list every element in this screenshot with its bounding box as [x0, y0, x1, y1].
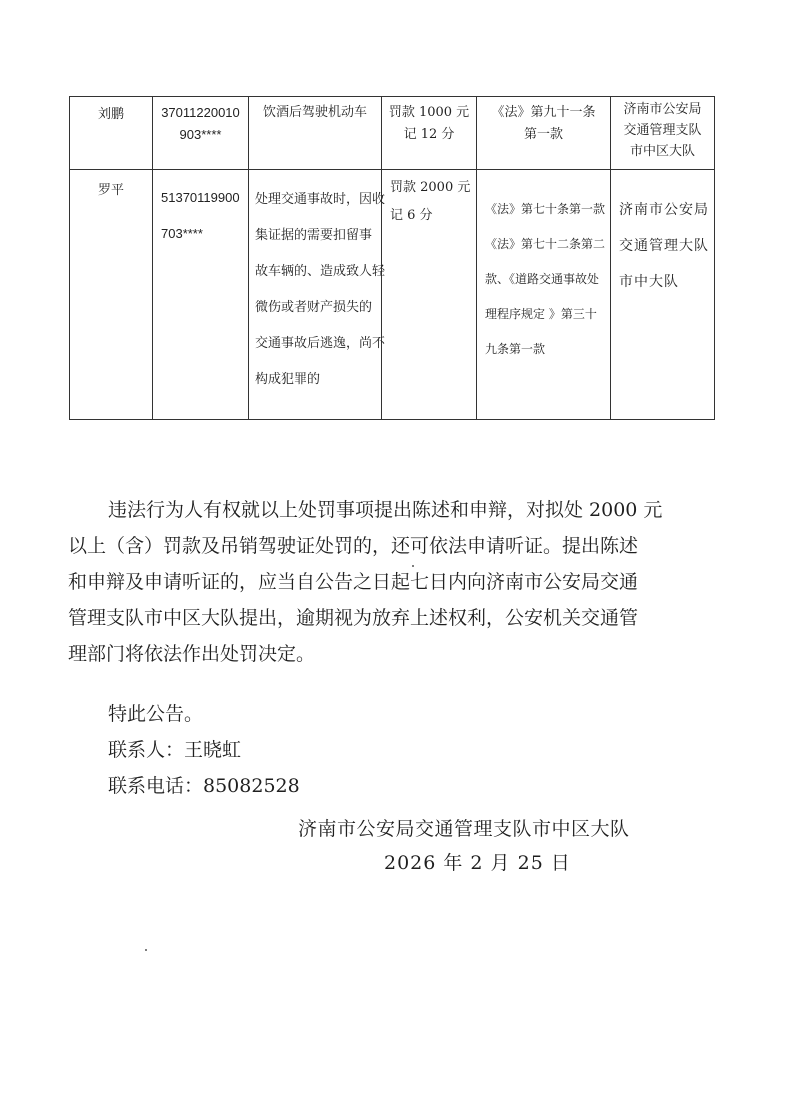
- offender-name: 罗平: [98, 183, 124, 198]
- paragraph-line: 管理支队市中区大队提出，逾期视为放弃上述权利，公安机关交通管: [68, 600, 728, 636]
- table-row: 罗平 51370119900 703**** 处理交通事故时，因收 集证据的需要…: [70, 170, 715, 420]
- legal-basis-cell: 《法》第七十条第一款 《法》第七十二条第二 款、《道路交通事故处 理程序规定 》…: [477, 170, 611, 420]
- id-number-line: 703****: [161, 216, 248, 252]
- scan-speck: [145, 949, 147, 951]
- authority-line: 济南市公安局: [619, 192, 714, 228]
- legal-basis-line: 款、《道路交通事故处: [485, 262, 610, 297]
- table-row: 刘鹏 37011220010 903**** 饮酒后驾驶机动车 罚款 1000 …: [70, 97, 715, 170]
- id-number-line: 37011220010: [153, 102, 248, 124]
- legal-basis-cell: 《法》第九十一条 第一款: [477, 97, 611, 170]
- legal-basis-line: 九条第一款: [485, 332, 610, 367]
- penalty-cell: 罚款 2000 元 记 6 分: [382, 170, 477, 420]
- offender-name-cell: 罗平: [70, 170, 153, 420]
- penalty-line: 记 12 分: [382, 124, 476, 146]
- offender-name: 刘鹏: [98, 107, 124, 122]
- issue-date: 2026 年 2 月 25 日: [298, 846, 630, 880]
- violation-line: 微伤或者财产损失的: [255, 290, 381, 326]
- paragraph-line: 和申辩及申请听证的，应当自公告之日起七日内向济南市公安局交通: [68, 564, 728, 600]
- violation-cell: 处理交通事故时，因收 集证据的需要扣留事 故车辆的、造成致人轻 微伤或者财产损失…: [249, 170, 382, 420]
- closing-block: 特此公告。 联系人：王晓虹 联系电话：85082528: [108, 696, 300, 804]
- authority-line: 市中区大队: [611, 141, 714, 162]
- legal-basis-line: 《法》第九十一条: [477, 102, 610, 124]
- document-page: 刘鹏 37011220010 903**** 饮酒后驾驶机动车 罚款 1000 …: [0, 0, 800, 1119]
- authority-line: 济南市公安局: [611, 99, 714, 120]
- penalty-line: 罚款 1000 元: [382, 102, 476, 124]
- id-number-cell: 51370119900 703****: [153, 170, 249, 420]
- paragraph-line: 理部门将依法作出处罚决定。: [68, 636, 728, 672]
- legal-basis-line: 《法》第七十条第一款: [485, 192, 610, 227]
- authority-line: 市中大队: [619, 264, 714, 300]
- legal-basis-line: 第一款: [477, 124, 610, 146]
- notice-paragraph: 违法行为人有权就以上处罚事项提出陈述和申辩，对拟处 2000 元 以上（含）罚款…: [108, 492, 728, 672]
- violation-line: 故车辆的、造成致人轻: [255, 254, 381, 290]
- authority-cell: 济南市公安局 交通管理支队 市中区大队: [611, 97, 715, 170]
- contact-person: 联系人：王晓虹: [108, 732, 300, 768]
- violation-cell: 饮酒后驾驶机动车: [249, 97, 382, 170]
- legal-basis-line: 《法》第七十二条第二: [485, 227, 610, 262]
- signature-block: 济南市公安局交通管理支队市中区大队 2026 年 2 月 25 日: [298, 812, 630, 880]
- penalty-table: 刘鹏 37011220010 903**** 饮酒后驾驶机动车 罚款 1000 …: [69, 96, 715, 420]
- scan-speck: [412, 565, 414, 567]
- paragraph-line: 违法行为人有权就以上处罚事项提出陈述和申辩，对拟处 2000 元: [108, 492, 728, 528]
- legal-basis-line: 理程序规定 》第三十: [485, 297, 610, 332]
- id-number-line: 51370119900: [161, 180, 248, 216]
- id-number-line: 903****: [153, 124, 248, 146]
- violation-line: 集证据的需要扣留事: [255, 218, 381, 254]
- violation-line: 交通事故后逃逸，尚不: [255, 326, 381, 362]
- contact-phone: 联系电话：85082528: [108, 768, 300, 804]
- authority-line: 交通管理大队: [619, 228, 714, 264]
- penalty-line: 记 6 分: [390, 202, 476, 230]
- issuing-organization: 济南市公安局交通管理支队市中区大队: [298, 812, 630, 846]
- violation-line: 构成犯罪的: [255, 362, 381, 398]
- penalty-cell: 罚款 1000 元 记 12 分: [382, 97, 477, 170]
- violation-line: 处理交通事故时，因收: [255, 182, 381, 218]
- penalty-line: 罚款 2000 元: [390, 174, 476, 202]
- closing-statement: 特此公告。: [108, 696, 300, 732]
- violation-line: 饮酒后驾驶机动车: [249, 102, 381, 124]
- authority-cell: 济南市公安局 交通管理大队 市中大队: [611, 170, 715, 420]
- offender-name-cell: 刘鹏: [70, 97, 153, 170]
- authority-line: 交通管理支队: [611, 120, 714, 141]
- id-number-cell: 37011220010 903****: [153, 97, 249, 170]
- paragraph-line: 以上（含）罚款及吊销驾驶证处罚的，还可依法申请听证。提出陈述: [68, 528, 728, 564]
